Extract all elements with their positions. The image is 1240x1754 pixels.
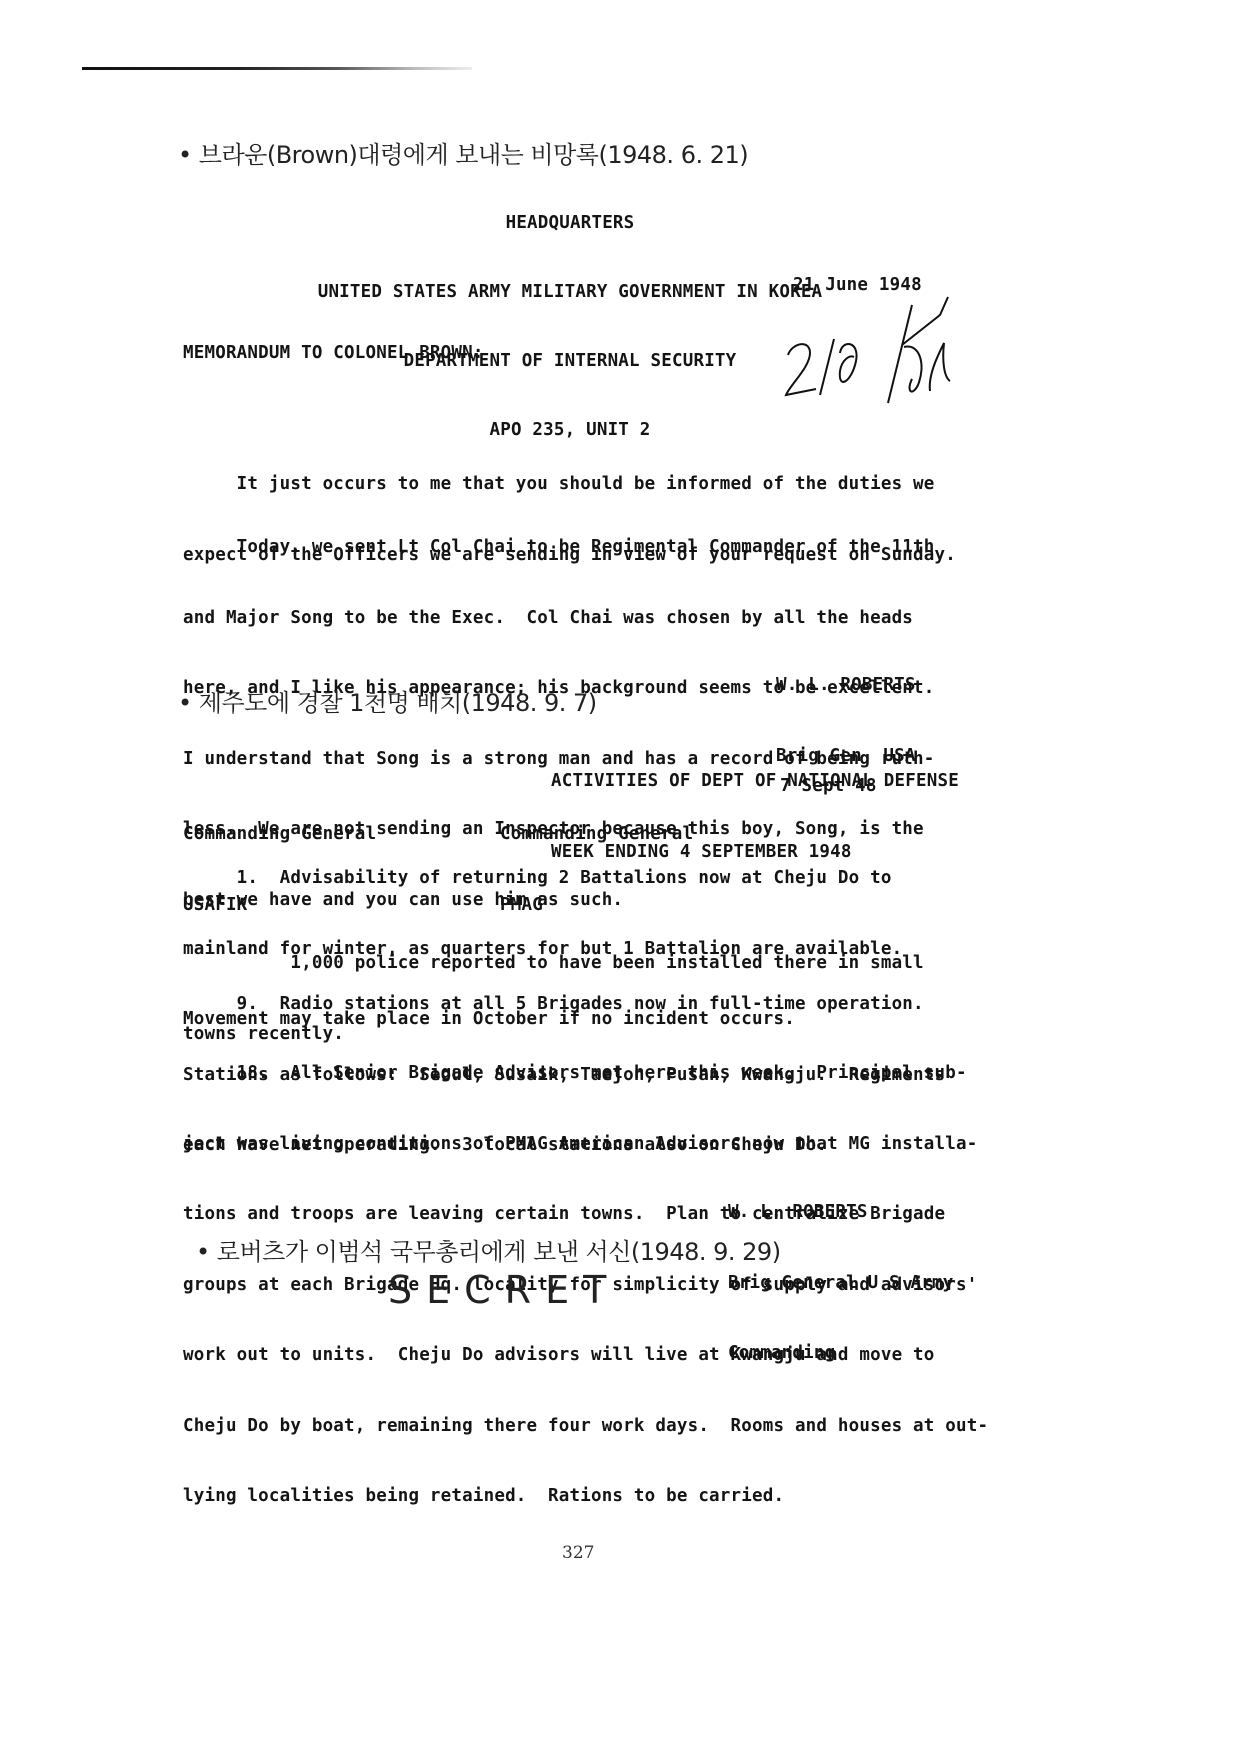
text-line: 9. Radio stations at all 5 Brigades now … [183, 993, 945, 1017]
caption-roberts-letter: • 로버츠가 이범석 국무총리에게 보낸 서신(1948. 9. 29) [196, 1232, 781, 1267]
text-line: 18. All Senior Brigade Advisors met here… [183, 1062, 988, 1086]
scan-artifact-line [82, 67, 472, 70]
handwritten-annotation [780, 295, 960, 405]
caption-brown-memo: • 브라운(Brown)대령에게 보내는 비망록(1948. 6. 21) [178, 135, 748, 170]
signature-name: W. L. ROBERTS [776, 674, 916, 698]
text-line: ject was living conditions of PMAG Ameri… [183, 1133, 988, 1157]
memo-salutation: MEMORANDUM TO COLONEL BROWN: [183, 343, 484, 363]
signature-name: W. L. ROBERTS [728, 1201, 953, 1225]
text-line: lying localities being retained. Rations… [183, 1485, 988, 1509]
text-line: 1. Advisability of returning 2 Battalion… [183, 867, 902, 891]
secret-stamp: SECRET [388, 1268, 620, 1312]
page-number: 327 [562, 1543, 594, 1563]
text-line: Cheju Do by boat, remaining there four w… [183, 1415, 988, 1439]
signature-rank: Brig General U S Army [728, 1272, 953, 1296]
caption-cheju-police: • 제주도에 경찰 1천명 배치(1948. 9. 7) [178, 683, 597, 718]
signature-title: Commanding [728, 1342, 953, 1366]
text-line: Today, we sent Lt Col Chai to be Regimen… [183, 536, 935, 560]
letterhead-line: HEADQUARTERS [240, 212, 900, 235]
report-date: 7 Sept 48 [780, 776, 877, 796]
report-signature-block: W. L. ROBERTS Brig General U S Army Comm… [728, 1154, 953, 1389]
memo-date: 21 June 1948 [793, 275, 922, 295]
